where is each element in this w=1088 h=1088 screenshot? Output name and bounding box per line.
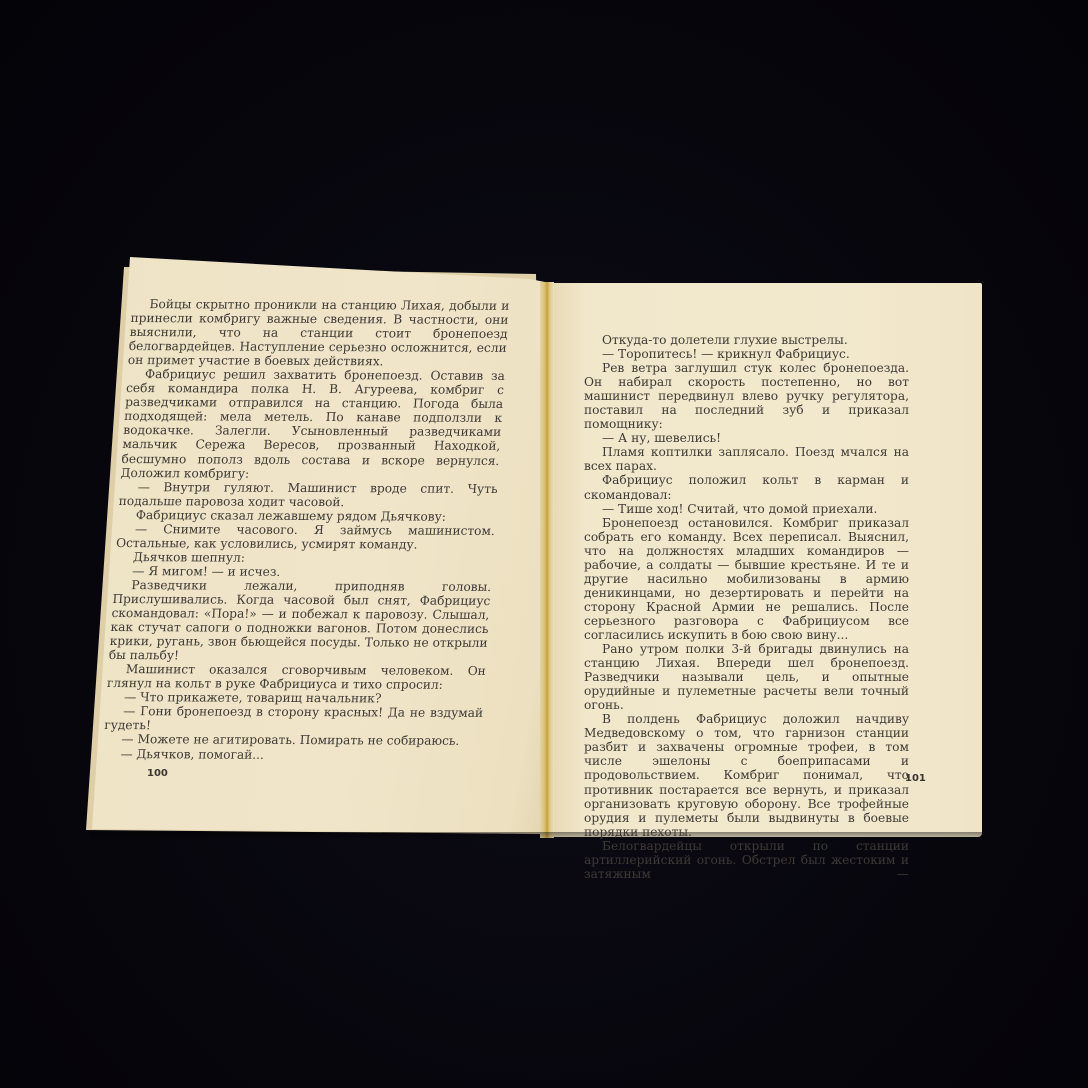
page-number-right: 101 (905, 773, 926, 784)
book-gutter (540, 282, 554, 838)
paragraph: Откуда-то долетели глухие выстрелы. (584, 333, 909, 347)
paragraph: — Торопитесь! — крикнул Фабрициус. (584, 347, 909, 361)
paragraph: Пламя коптилки заплясало. Поезд мчался н… (584, 445, 909, 473)
paragraph: Бронепоезд остановился. Комбриг приказал… (584, 516, 909, 642)
page-number-left: 100 (147, 768, 168, 779)
paragraph: Белогвардейцы открыли по станции артилле… (584, 839, 909, 881)
left-page-text: Бойцы скрытно проникли на станцию Лихая,… (102, 297, 510, 763)
paragraph: Разведчики лежали, приподняв головы. При… (108, 578, 491, 664)
paragraph: — Дьячков, помогай... (102, 746, 481, 762)
paragraph: Машинист оказался сговорчивым человеком.… (107, 662, 487, 692)
open-book: Бойцы скрытно проникли на станцию Лихая,… (0, 0, 1088, 1088)
paragraph: Фабрициус решил захватить бронепоезд. Ос… (120, 367, 505, 481)
paragraph: — Гони бронепоезд в сторону красных! Да … (104, 704, 484, 734)
paragraph: Фабрициус положил кольт в карман и скома… (584, 473, 909, 501)
right-page-text: Откуда-то долетели глухие выстрелы. — То… (584, 333, 909, 881)
paragraph: Рев ветра заглушил стук колес бронепоезд… (584, 361, 909, 431)
paragraph: — А ну, шевелись! (584, 431, 909, 445)
paragraph: — Внутри гуляют. Машинист вроде спит. Чу… (118, 480, 498, 510)
paragraph: Рано утром полки 3-й бригады двинулись н… (584, 642, 909, 712)
paragraph: В полдень Фабрициус доложил начдиву Медв… (584, 712, 909, 838)
paragraph: — Снимите часового. Я займусь машинистом… (116, 522, 496, 552)
paragraph: — Тише ход! Считай, что домой приехали. (584, 502, 909, 516)
paragraph: Бойцы скрытно проникли на станцию Лихая,… (127, 297, 509, 369)
paragraph: — Можете не агитировать. Помирать не соб… (103, 732, 482, 748)
